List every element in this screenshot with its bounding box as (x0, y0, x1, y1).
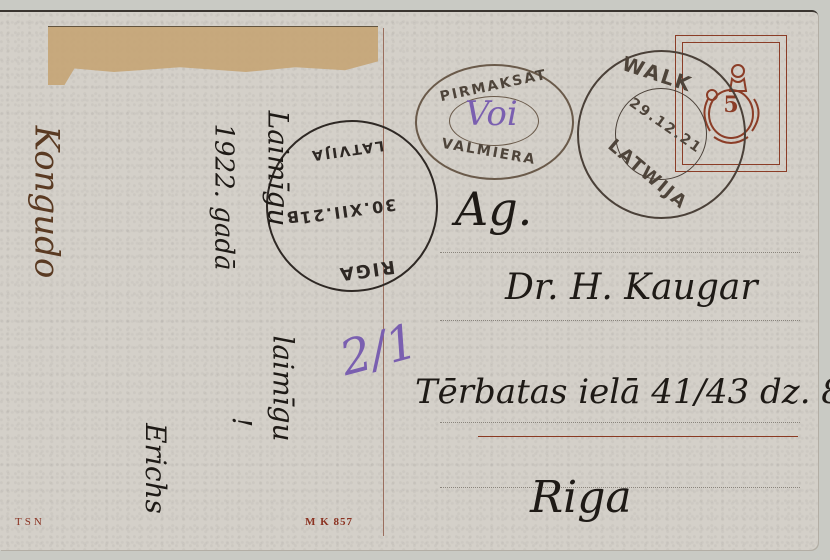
oval-handstamp: PIRMAKSAT VALMIERA Voi (415, 64, 574, 180)
address-city: Riga (530, 472, 632, 523)
message-signature: Erichs (139, 423, 172, 514)
walk-postmark: WALK LATWIJA 29.12.21 (577, 50, 746, 219)
address-line (440, 320, 800, 321)
violet-number-mark: 2/1 (334, 313, 423, 387)
tape-residue (48, 26, 378, 85)
street-underline (478, 436, 798, 437)
message-year-line: 1922. gadā (209, 124, 239, 271)
riga-postmark-top: RIGA (337, 256, 397, 285)
violet-note: Voi (465, 94, 518, 134)
address-name: Dr. H. Kaugar (505, 267, 758, 308)
address-line (440, 422, 800, 423)
riga-postmark-date: 30.XII.21 (297, 195, 398, 228)
message-line-1: Laimīgu (261, 111, 294, 227)
message-exclaim: ! (226, 417, 256, 427)
publisher-mark: TSN (15, 516, 45, 528)
message-line-3: laimīgu (267, 335, 300, 441)
series-mark: M K 857 (305, 516, 353, 528)
address-street: Tērbatas ielā 41/43 dz. 8 (415, 372, 830, 412)
address-line (440, 252, 800, 253)
postcard: 5 PIRMAKSAT VALMIERA Voi WALK LATWIJA 29… (0, 10, 818, 550)
riga-postmark-bottom: LATVIJA (309, 137, 385, 163)
side-note: Kongudo (26, 126, 66, 279)
address-prefix: Ag. (455, 182, 532, 236)
